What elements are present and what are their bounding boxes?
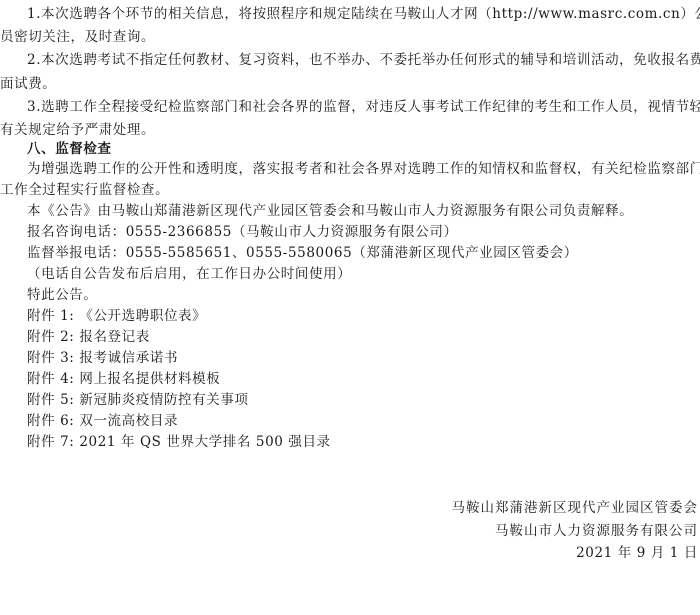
report-phone: 监督举报电话：0555-5585651、0555-5580065（郑蒲港新区现代… — [27, 243, 578, 263]
attachment-item[interactable]: 附件 5: 新冠肺炎疫情防控有关事项 — [27, 390, 249, 410]
signature-org1: 马鞍山郑蒲港新区现代产业园区管委会 — [452, 498, 699, 518]
attachment-label: 附件 3: — [27, 350, 74, 366]
attachment-title[interactable]: 新冠肺炎疫情防控有关事项 — [79, 392, 248, 408]
attachment-title[interactable]: 报考诚信承诺书 — [79, 350, 178, 366]
signature-org2: 马鞍山市人力资源服务有限公司 — [495, 521, 698, 541]
attachment-item[interactable]: 附件 2: 报名登记表 — [27, 327, 150, 347]
attachment-label: 附件 4: — [27, 371, 74, 387]
attachment-label: 附件 1: — [27, 308, 74, 324]
supervision-para-line1: 为增强选聘工作的公开性和透明度，落实报考者和社会各界对选聘工作的知情权和监督权，… — [27, 159, 700, 179]
attachment-title[interactable]: 2021 年 QS 世界大学排名 500 强目录 — [79, 434, 330, 450]
attachment-label: 附件 7: — [27, 434, 74, 450]
supervision-para-line2: 工作全过程实行监督检查。 — [0, 180, 169, 200]
attachment-item[interactable]: 附件 3: 报考诚信承诺书 — [27, 348, 178, 368]
consult-phone: 报名咨询电话：0555-2366855（马鞍山市人力资源服务有限公司） — [27, 222, 458, 242]
item3-line1: 3.选聘工作全程接受纪检监察部门和社会各界的监督，对违反人事考试工作纪律的考生和… — [27, 97, 700, 117]
closing-statement: 特此公告。 — [27, 285, 98, 305]
item3-line2: 有关规定给予严肃处理。 — [0, 120, 155, 140]
item1-line2: 员密切关注，及时查询。 — [0, 27, 155, 47]
item2-line1: 2.本次选聘考试不指定任何教材、复习资料，也不举办、不委托举办任何形式的辅导和培… — [27, 50, 700, 70]
attachment-label: 附件 2: — [27, 329, 74, 345]
interpretation-statement: 本《公告》由马鞍山郑蒲港新区现代产业园区管委会和马鞍山市人力资源服务有限公司负责… — [27, 201, 633, 221]
attachment-title[interactable]: 网上报名提供材料模板 — [79, 371, 220, 387]
attachment-item[interactable]: 附件 7: 2021 年 QS 世界大学排名 500 强目录 — [27, 432, 331, 452]
attachment-title[interactable]: 《公开选聘职位表》 — [79, 308, 206, 324]
item1-line1: 1.本次选聘各个环节的相关信息，将按照程序和规定陆续在马鞍山人才网（http:/… — [27, 4, 700, 24]
phone-note: （电话自公告发布后启用，在工作日办公时间使用） — [27, 264, 351, 284]
attachment-title[interactable]: 双一流高校目录 — [79, 413, 178, 429]
item2-line2: 面试费。 — [0, 74, 56, 94]
attachment-label: 附件 5: — [27, 392, 74, 408]
attachment-title[interactable]: 报名登记表 — [79, 329, 150, 345]
section-heading-supervision: 八、监督检查 — [27, 139, 112, 159]
attachment-item[interactable]: 附件 1: 《公开选聘职位表》 — [27, 306, 206, 326]
attachment-item[interactable]: 附件 4: 网上报名提供材料模板 — [27, 369, 220, 389]
attachment-item[interactable]: 附件 6: 双一流高校目录 — [27, 411, 178, 431]
signature-date: 2021 年 9 月 1 日 — [576, 543, 698, 563]
attachment-label: 附件 6: — [27, 413, 74, 429]
